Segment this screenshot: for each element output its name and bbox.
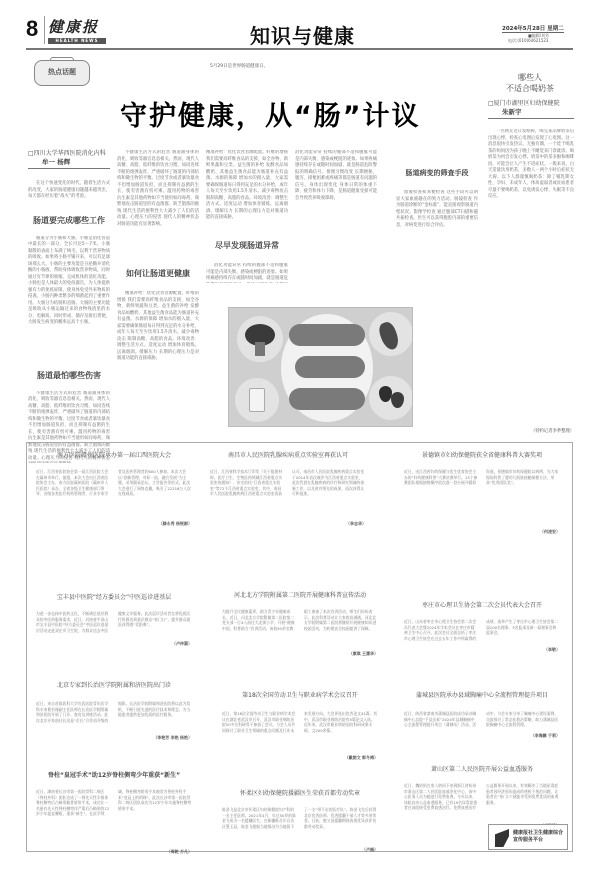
gut-health-illustration — [228, 307, 413, 427]
platform-mark-icon — [495, 829, 509, 847]
news-credit: （李敬） — [404, 647, 560, 653]
masthead-divider — [44, 16, 45, 44]
news-body: 近日，来自首都医科大学宣武医院青年医学科专家曹若瑾副主任医师在长治医学院附属和济… — [36, 701, 192, 735]
news-item: 枣庄市心理卫生协会第二次会员代表大会召开 近日，山东省枣庄市心理卫生协会第二次会… — [404, 600, 560, 653]
news-body: 近日，魏奶奶在家人陪同下来到浙江省杭州市萧山区第二人民医院血液净化中心，该中心医… — [404, 783, 560, 823]
news-headline: 第18次全国劳动卫生与职业病学术会议召开 — [222, 690, 378, 699]
subhead: 肠道要完成哪些工作 — [28, 215, 110, 226]
paper-logo: 健康报 — [48, 16, 99, 37]
news-body: 近日，第18次全国劳动卫生与职业病学术会议在湖北省武汉市召开，武汉市职业病防治院… — [222, 711, 378, 755]
news-item: 怀柔区妇幼保健院援疆医生荣获首都劳动奖章 陈金飞是北京市怀柔区妇幼保健院妇产科的… — [222, 788, 378, 853]
section-body: 血液检查和粪便检查 这些手段可以明显大家血液趣在的致力活动。肠镜检查 作为肠道诊… — [396, 190, 478, 300]
hot-topic-tag: 热点话题 — [34, 60, 90, 86]
news-item: 萧山区第二人民医院开展公益血透服务 近日，魏奶奶在家人陪同下来到浙江省杭州市萧山… — [404, 764, 560, 829]
feature-column-1: □四川大学华西医院消化内科 牟一 杨辉 在这个快速变化的时代，随着生活方式的改变… — [28, 150, 110, 463]
milk-glass-icon — [235, 378, 279, 422]
section-body: 精准补给：优化饮食者源配置。纤维的增援 我们需要高纤维食品的支援，如全谷物、新鲜… — [117, 291, 199, 429]
news-item: 宝丰县中医院“经方委员会”中医巡诊进基层 为进一步弘扬中医药文化，不断满足基层群… — [36, 592, 192, 647]
news-body: 近日，湖南省长沙市第一医院骨科二病区（脊柱外科）团队完成了一例先天性半椎体脊柱侧… — [36, 789, 192, 849]
sidebar-byline: □厦门市湖里区妇幼保健院 朱新宇 — [488, 100, 574, 119]
news-credit: （李海鹏 于莉） — [404, 733, 560, 739]
news-item: 南昌市人民医院乳腺疾病重点实验室再获认可 近日，江西省科学技术厅印发《关于组建材… — [210, 450, 366, 527]
news-item: 脊柱“皇冠手术”助12岁脊柱侧弯少年重获“新生” 近日，湖南省长沙市第一医院骨科… — [36, 770, 192, 855]
main-headline: 守护健康，从“肠”计议 — [120, 94, 421, 133]
article-deck: 5月29日是世界肠道健康日。 — [210, 63, 268, 69]
platform-logo: 健康报社卫生健康综合宣传服务平台 — [488, 824, 568, 850]
news-credit: （何凌安） — [404, 529, 560, 535]
news-body: 陈金飞是北京市怀柔区妇幼保健院妇产科的一名主任医师。2021年4月，年过50岁的… — [222, 807, 378, 847]
news-headline: 南昌市人民医院乳腺疾病重点实验室再获认可 — [210, 450, 366, 459]
news-item: 蒲城县医院承办县域胸痛中心全流程管理提升项目 近日，陕西省渭南市蒲城县医院成功承… — [404, 690, 560, 739]
paper-english-name: HEALTH NEWS — [48, 38, 106, 44]
page-number: 8 — [26, 16, 38, 42]
author-name: 牟一 杨辉 — [28, 158, 110, 166]
news-headline: 景德镇市妇幼保健院获全省健康科普大赛奖项 — [404, 450, 560, 459]
news-credit: （卢楠） — [222, 847, 378, 853]
news-body: 近日，江西省科学技术厅印发《关于组建材料、医疗卫生、生物医药领域江西省重点实验室… — [210, 469, 366, 521]
strawberry-icon — [369, 376, 413, 420]
subhead: 肠道病变的筛查手段 — [396, 168, 478, 178]
phone-number: 电话:(010)64621523 — [508, 38, 548, 44]
news-credit: （康琪 王潇华） — [222, 651, 378, 657]
news-headline: 北京专家到长治医学院附属和济医院出门诊 — [36, 680, 192, 689]
news-headline: 蒲城县医院承办县域胸痛中心全流程管理提升项目 — [404, 690, 560, 699]
intro-paragraph: 在这个快速变化的时代，随着生活方式的改变，大家的肠道健康问题越来越突出，每天都在… — [28, 181, 110, 201]
news-headline: 怀柔区妇幼保健院援疆医生荣获首都劳动奖章 — [222, 788, 378, 797]
sidebar-heading: 哪些人 不适合喝奶茶 — [480, 72, 580, 94]
carrot-icon — [369, 312, 413, 356]
news-item: 景德镇市妇幼保健院获全省健康科普大赛奖项 近日，由江西省妇幼保健与优生优育协会主… — [404, 450, 560, 535]
subhead: 尽早发现肠道异常 — [206, 240, 288, 251]
news-body: 为提升全民健康素养，助力青少年健康成长，近日，河北北方学院附属第二医院第二党支部… — [222, 609, 378, 651]
feature-column-3: 精准补给：优化饮食者源配置。纤维的增援 我们需要高纤维食品的支援，如全谷物、新鲜… — [206, 150, 288, 283]
news-body: 近日，陕西省渭南市蒲城县医院成功承办胸痛中心总院“千县达标”2024年县域胸痛中… — [404, 711, 560, 733]
news-credit: （滕永秀 杨锐群） — [36, 521, 192, 527]
broccoli-icon — [237, 316, 283, 362]
news-body: 为进一步弘扬中医药文化，不断满足基层群众的中医药服务需求，近日，河南省平顶山市宝… — [36, 611, 192, 641]
news-headline: 枣庄市心理卫生协会第二次会员代表大会召开 — [404, 600, 560, 609]
feature-column-4: 消化功能异常 持续的腹部不适和腹胀可能是内部失衡、感染或梗阻的迹象。如果疼痛感持… — [295, 150, 377, 300]
issue-date: 2024年5月28日 星期二 — [502, 24, 564, 33]
news-credit: （戴图文 郭冬梅） — [222, 755, 378, 761]
news-body: 近日，由江西省妇幼保健与优生优育协会主办的“妇幼健康科普”大赛决赛举行。13个参… — [404, 469, 560, 529]
section-body-cont: 精准补给：优化饮食者源配置。纤维的增援 我们需要高纤维食品的支援，如全谷物、新鲜… — [206, 150, 288, 228]
news-headline: 宝丰县中医院“经方委员会”中医巡诊进基层 — [36, 592, 192, 601]
sidebar-author-org: □厦门市湖里区妇幼保健院 — [488, 100, 560, 107]
sidebar-body: 一名网友近日发帖称，喝完某品牌奶茶后出现心悸，检查心电图后发现了心电图。这一消息… — [488, 129, 574, 429]
subhead: 如何让肠道更健康 — [117, 268, 199, 279]
news-headline: 脊柱“皇冠手术”助12岁脊柱侧弯少年重获“新生” — [36, 770, 192, 779]
news-body: 近日，山东省枣庄市心理卫生协会第二次会员代表大会暨2024年学术会议在枣庄市精神… — [404, 619, 560, 647]
news-headline: 河北北方学院附属第二医院开展健康科普宣传活动 — [222, 590, 378, 599]
sidebar-column: □厦门市湖里区妇幼保健院 朱新宇 一名网友近日发帖称，喝完某品牌奶茶后出现心悸，… — [488, 100, 574, 436]
news-item: 河北北方学院附属第二医院开展健康科普宣传活动 为提升全民健康素养，助力青少年健康… — [222, 590, 378, 657]
news-headline: 萧山区第二人民医院开展公益血透服务 — [404, 764, 560, 773]
author-byline: □四川大学华西医院消化内科 牟一 杨辉 — [28, 150, 110, 169]
news-item: 南方医院赣州医院承办第一届江西医院大会 近日，江西省医院协会第一届江西医院大会在… — [36, 450, 192, 527]
news-credit: （李艳芳 李艳 杨艳） — [36, 735, 192, 741]
news-body: 近日，江西省医院协会第一届江西医院大会在赣州市举行。据悉，本次大会由江西省医院协… — [36, 469, 192, 521]
news-headline: 南方医院赣州医院承办第一届江西医院大会 — [36, 450, 192, 459]
section-body: 肠道分为小肠和大肠。小肠是消化管道中最长的一部分，全长可达5～7米。小肠黏膜的表… — [28, 236, 110, 356]
sidebar-author-name: 朱新宇 — [488, 108, 574, 116]
section-body-cont: 不健康生活方式的危害 肠道跟身体的消化、吸收等器官息息相关。然而，现代人高糖、高… — [117, 150, 199, 254]
section-body: 消化功能异常 持续的腹部不适和腹胀可能是内部失衡、感染或梗阻的迹象。如果疼痛感持… — [206, 263, 288, 283]
news-credit: （李志华） — [210, 521, 366, 527]
sidebar-credit: （特约记者李季整理） — [488, 429, 574, 436]
section-body-cont: 消化功能异常 持续的腹部不适和腹胀可能是内部失衡、感染或梗阻的迹象。如果疼痛感持… — [295, 150, 377, 300]
news-item: 第18次全国劳动卫生与职业病学术会议召开 近日，第18次全国劳动卫生与职业病学术… — [222, 690, 378, 761]
feature-column-2: 不健康生活方式的危害 肠道跟身体的消化、吸收等器官息息相关。然而，现代人高糖、高… — [117, 150, 199, 429]
masthead-rule — [26, 48, 573, 50]
news-credit: （周乾 万凡） — [36, 849, 192, 855]
news-item: 北京专家到长治医学院附属和济医院出门诊 近日，来自首都医科大学宣武医院青年医学科… — [36, 680, 192, 741]
feature-column-5: 肠道病变的筛查手段 血液检查和粪便检查 这些手段可以明显大家血液趣在的致力活动。… — [396, 150, 478, 300]
intestine-icon — [281, 314, 373, 422]
news-credit: （卢仲圆） — [36, 641, 192, 647]
subhead: 肠道最怕哪些伤害 — [28, 370, 110, 381]
author-org: □四川大学华西医院消化内科 — [28, 150, 106, 157]
platform-logo-label: 健康报社卫生健康综合宣传服务平台 — [513, 830, 567, 844]
section-title: 知识与健康 — [250, 20, 355, 49]
